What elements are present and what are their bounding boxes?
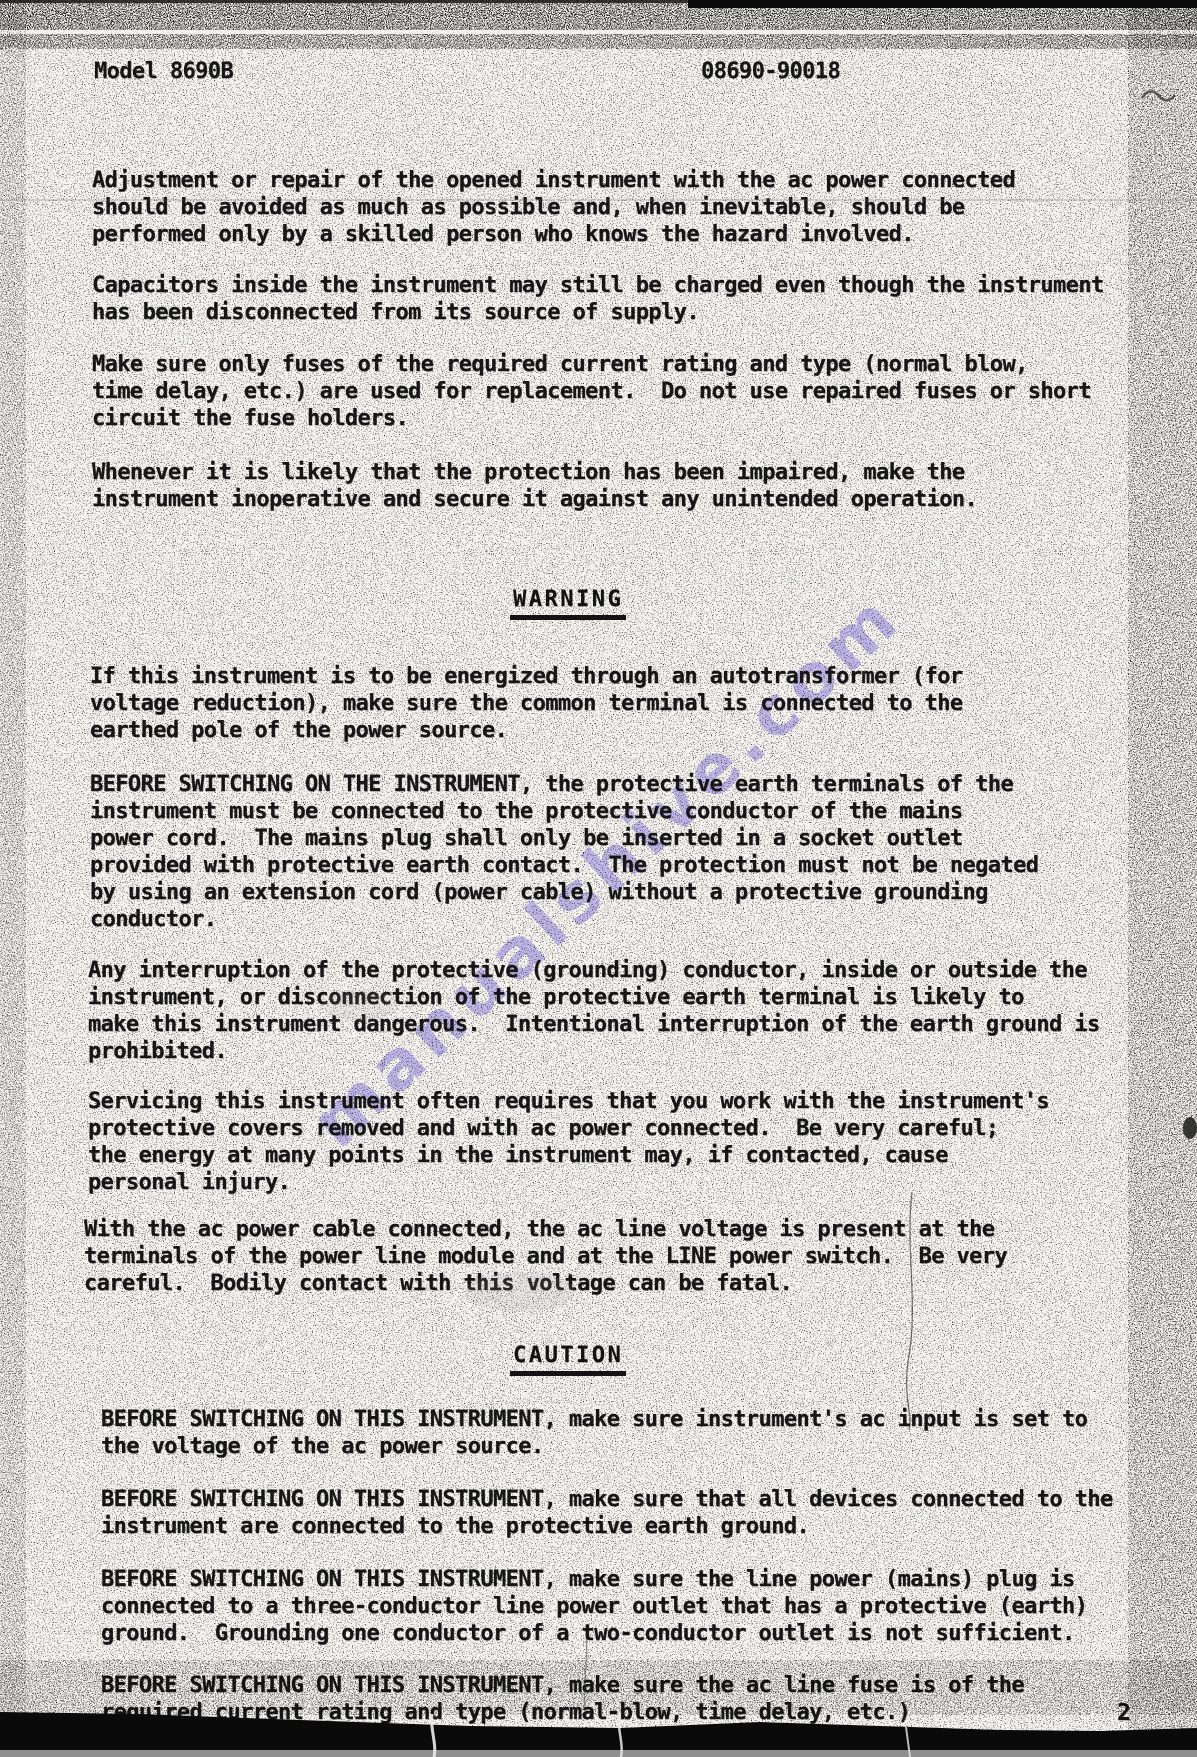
- model-number: Model 8690B: [94, 58, 233, 85]
- caution-ac-input-voltage: BEFORE SWITCHING ON THIS INSTRUMENT, mak…: [101, 1406, 1087, 1460]
- caution-three-conductor-outlet: BEFORE SWITCHING ON THIS INSTRUMENT, mak…: [101, 1566, 1087, 1647]
- ink-blot: [1183, 1117, 1197, 1139]
- caution-heading: CAUTION: [510, 1342, 626, 1376]
- top-scan-line: [0, 0, 1197, 3]
- caution-devices-earth-ground: BEFORE SWITCHING ON THIS INSTRUMENT, mak…: [101, 1486, 1113, 1540]
- scanned-manual-page: manualshive.com Model 8690B 08690-90018 …: [0, 0, 1197, 1757]
- warning-earth-terminals: BEFORE SWITCHING ON THE INSTRUMENT, the …: [90, 771, 1038, 933]
- notice-capacitors-charged: Capacitors inside the instrument may sti…: [92, 272, 1104, 326]
- notice-fuse-rating: Make sure only fuses of the required cur…: [92, 351, 1091, 432]
- warning-servicing-covers: Servicing this instrument often requires…: [88, 1088, 1049, 1196]
- warning-ac-line-voltage: With the ac power cable connected, the a…: [84, 1216, 1007, 1297]
- notice-protection-impaired: Whenever it is likely that the protectio…: [92, 459, 977, 513]
- warning-grounding-interruption: Any interruption of the protective (grou…: [88, 957, 1100, 1065]
- warning-autotransformer: If this instrument is to be energized th…: [90, 663, 963, 744]
- page-number: 2: [1117, 1700, 1131, 1727]
- caution-line-fuse-rating: BEFORE SWITCHING ON THIS INSTRUMENT, mak…: [101, 1672, 1024, 1726]
- squiggle-mark: [1142, 91, 1175, 100]
- document-number: 08690-90018: [701, 58, 840, 85]
- notice-adjustment-repair: Adjustment or repair of the opened instr…: [92, 167, 1015, 248]
- warning-heading: WARNING: [510, 586, 626, 620]
